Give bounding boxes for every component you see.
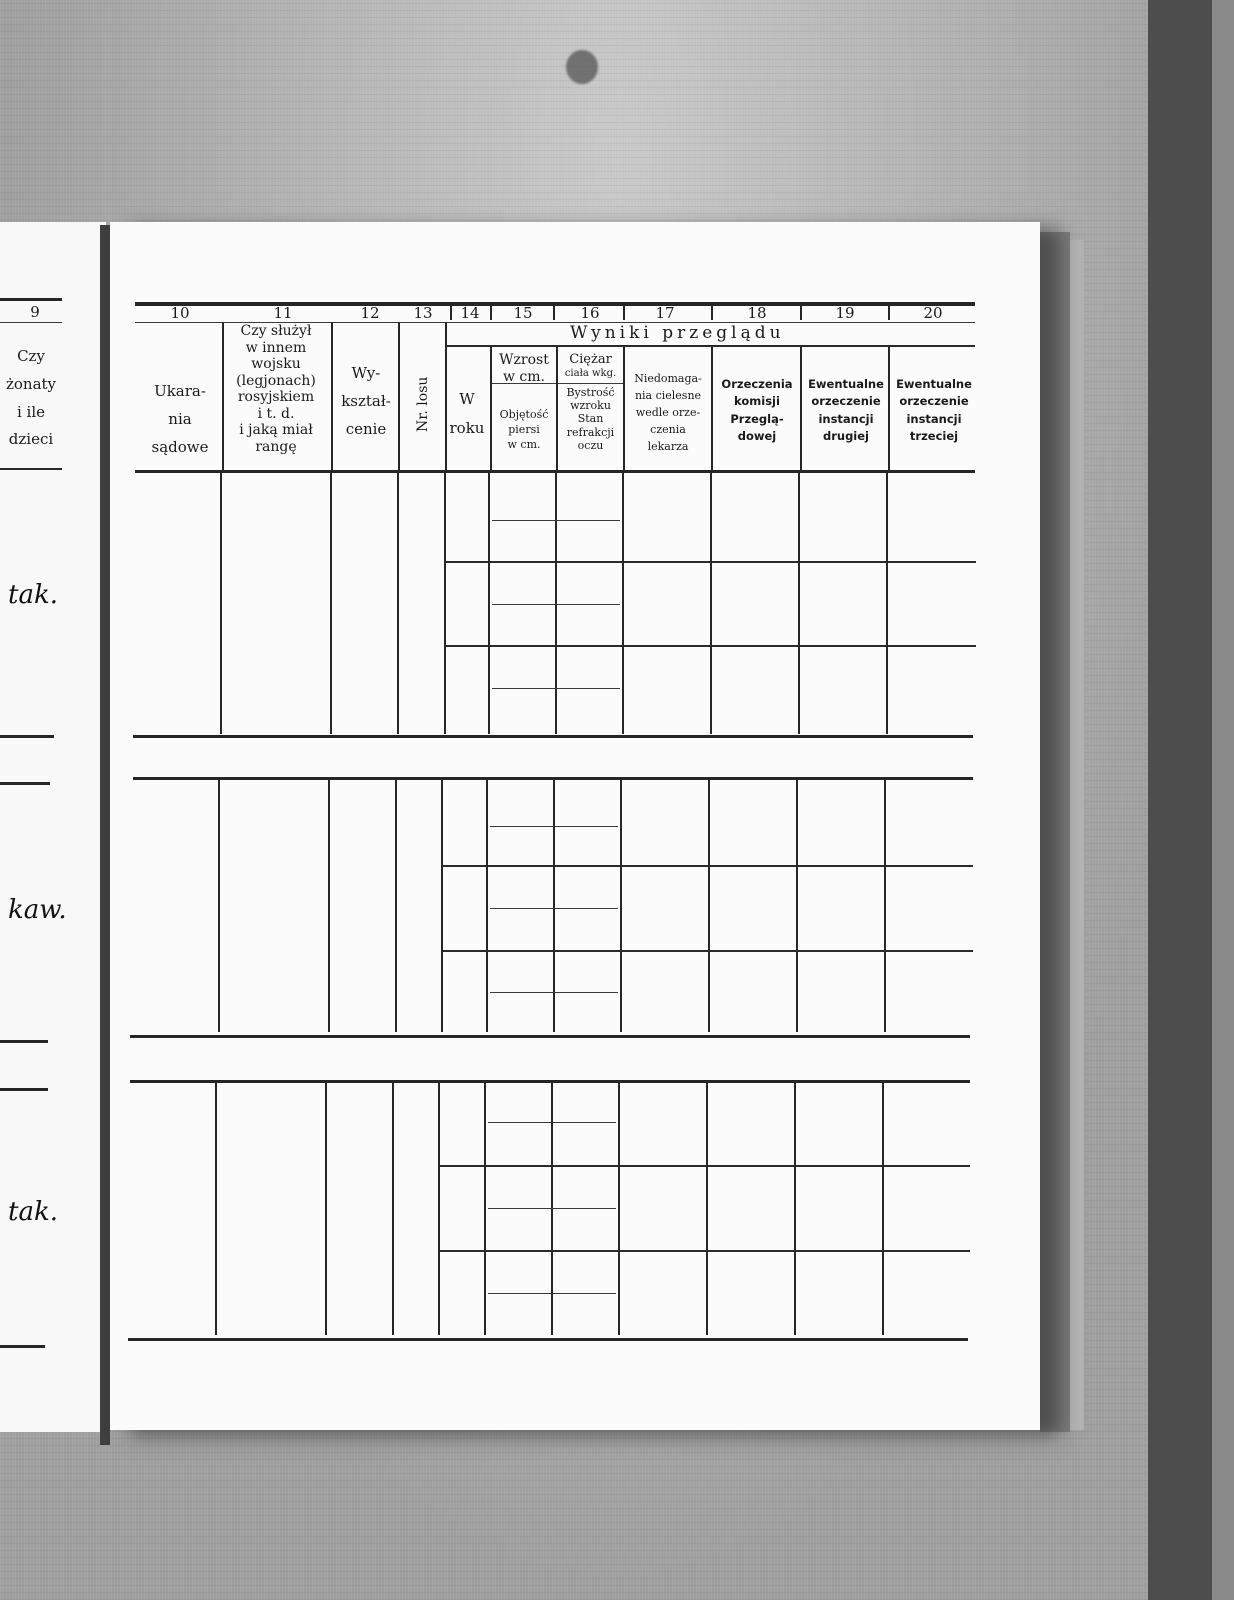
header-line: Niedomaga- bbox=[625, 370, 711, 387]
header-line: kształ- bbox=[334, 388, 398, 416]
header-line: dzieci bbox=[0, 426, 62, 454]
column-17-header: Niedomaga- nia cielesne wedle orze- czen… bbox=[625, 370, 711, 455]
column-number-9: 9 bbox=[20, 303, 50, 321]
header-line: wojsku bbox=[222, 356, 330, 373]
separator bbox=[450, 306, 452, 320]
rule bbox=[0, 468, 62, 470]
sub-row-rule bbox=[446, 561, 976, 563]
rule bbox=[0, 782, 50, 785]
column-divider bbox=[555, 472, 557, 734]
column-divider bbox=[556, 347, 558, 470]
sub-rule bbox=[488, 1208, 616, 1209]
header-line: komisji bbox=[713, 393, 801, 410]
separator bbox=[888, 306, 890, 320]
header-line: roku bbox=[447, 414, 487, 443]
sub-row-rule bbox=[440, 1250, 970, 1252]
header-line: cenie bbox=[334, 416, 398, 444]
column-number-15: 15 bbox=[508, 304, 538, 322]
sub-rule bbox=[492, 604, 620, 605]
column-number-11: 11 bbox=[268, 304, 298, 322]
scanner-shadow-strip bbox=[1148, 0, 1212, 1600]
column-divider bbox=[884, 780, 886, 1032]
header-line: piersi bbox=[490, 423, 558, 438]
column-divider bbox=[800, 347, 802, 470]
header-line: i t. d. bbox=[222, 406, 330, 423]
header-line: Ewentualne bbox=[802, 376, 890, 393]
column-divider bbox=[220, 472, 222, 734]
ink-stain bbox=[566, 50, 598, 84]
column-divider bbox=[622, 472, 624, 734]
column-divider bbox=[794, 1083, 796, 1335]
column-16-header-bottom: Bystrość wzroku Stan refrakcji oczu bbox=[558, 386, 623, 452]
column-divider bbox=[325, 1083, 327, 1335]
column-divider bbox=[882, 1083, 884, 1335]
header-line: W bbox=[447, 385, 487, 414]
column-15-header-top: Wzrost w cm. bbox=[490, 352, 558, 385]
column-divider bbox=[445, 322, 447, 470]
header-line: w innem bbox=[222, 340, 330, 357]
column-divider bbox=[330, 472, 332, 734]
header-line: nia cielesne bbox=[625, 387, 711, 404]
column-number-12: 12 bbox=[355, 304, 385, 322]
column-number-14: 14 bbox=[455, 304, 485, 322]
separator bbox=[711, 306, 713, 320]
record-separator bbox=[130, 1035, 970, 1038]
sub-rule bbox=[490, 992, 618, 993]
record-separator bbox=[130, 1080, 970, 1083]
column-20-header: Ewentualne orzeczenie instancji trzeciej bbox=[890, 376, 978, 445]
book-spine bbox=[100, 225, 110, 1445]
header-line: Orzeczenia bbox=[713, 376, 801, 393]
record-separator bbox=[128, 1338, 968, 1341]
column-divider bbox=[796, 780, 798, 1032]
header-line: lekarza bbox=[625, 438, 711, 455]
header-line: dowej bbox=[713, 428, 801, 445]
header-line: Wzrost bbox=[490, 352, 558, 369]
column-divider bbox=[486, 780, 488, 1032]
column-divider bbox=[398, 322, 400, 470]
column-divider bbox=[551, 1083, 553, 1335]
sub-row-rule bbox=[443, 865, 973, 867]
header-line: Bystrość bbox=[558, 386, 623, 399]
header-line: trzeciej bbox=[890, 428, 978, 445]
sub-rule bbox=[490, 826, 618, 827]
column-number-13: 13 bbox=[408, 304, 438, 322]
header-line: Ciężar bbox=[558, 352, 623, 368]
rule bbox=[0, 1088, 48, 1091]
section-title-wyniki-przegladu: Wyniki przeglądu bbox=[570, 323, 785, 343]
record-separator bbox=[133, 735, 973, 738]
header-line: czenia bbox=[625, 421, 711, 438]
column-16-header-top: Ciężar ciała wkg. bbox=[558, 352, 623, 381]
sub-rule bbox=[492, 688, 620, 689]
column-number-20: 20 bbox=[918, 304, 948, 322]
column-divider bbox=[397, 472, 399, 734]
column-11-header: Czy służył w innem wojsku (legjonach) ro… bbox=[222, 323, 330, 455]
header-line: i jaką miał bbox=[222, 422, 330, 439]
column-divider bbox=[620, 780, 622, 1032]
column-divider bbox=[888, 347, 890, 470]
rule bbox=[0, 322, 62, 323]
column-divider bbox=[553, 780, 555, 1032]
sub-rule bbox=[488, 1122, 616, 1123]
header-line: Czy służył bbox=[222, 323, 330, 340]
column-divider bbox=[710, 472, 712, 734]
header-line: ciała wkg. bbox=[558, 368, 623, 381]
sub-row-rule bbox=[443, 950, 973, 952]
column-number-10: 10 bbox=[165, 304, 195, 322]
rule bbox=[0, 298, 62, 301]
header-line: (legjonach) bbox=[222, 373, 330, 390]
rule bbox=[0, 1345, 45, 1348]
header-line: refrakcji bbox=[558, 426, 623, 439]
header-line: nia bbox=[138, 406, 222, 434]
header-line: Wy- bbox=[334, 360, 398, 388]
column-13-header: Nr. losu bbox=[415, 377, 431, 432]
column-10-header: Ukara- nia sądowe bbox=[138, 378, 222, 461]
column-divider bbox=[395, 780, 397, 1032]
header-line: wzroku bbox=[558, 399, 623, 412]
header-line: Stan bbox=[558, 412, 623, 425]
column-number-18: 18 bbox=[742, 304, 772, 322]
column-18-header: Orzeczenia komisji Przeglą- dowej bbox=[713, 376, 801, 445]
column-divider bbox=[618, 1083, 620, 1335]
column-divider bbox=[484, 1083, 486, 1335]
column-divider bbox=[706, 1083, 708, 1335]
header-line: w cm. bbox=[490, 369, 558, 386]
rule bbox=[0, 1040, 48, 1043]
column-19-header: Ewentualne orzeczenie instancji drugiej bbox=[802, 376, 890, 445]
sub-row-rule bbox=[440, 1165, 970, 1167]
header-line: i ile bbox=[0, 399, 62, 427]
header-line: rangę bbox=[222, 439, 330, 456]
column-divider bbox=[218, 780, 220, 1032]
column-divider bbox=[222, 322, 224, 470]
column-divider bbox=[711, 347, 713, 470]
column-14-header: W roku bbox=[447, 385, 487, 442]
column-divider bbox=[392, 1083, 394, 1335]
column-divider bbox=[444, 472, 446, 734]
header-line: Czy bbox=[0, 343, 62, 371]
sub-row-rule bbox=[446, 645, 976, 647]
column-divider bbox=[215, 1083, 217, 1335]
page-stack-edge bbox=[1070, 240, 1084, 1430]
header-line: wedle orze- bbox=[625, 404, 711, 421]
separator bbox=[490, 306, 492, 320]
column-number-19: 19 bbox=[830, 304, 860, 322]
handwritten-entry-3: tak. bbox=[8, 1197, 58, 1227]
column-divider bbox=[441, 780, 443, 1032]
column-number-17: 17 bbox=[650, 304, 680, 322]
col16-divider bbox=[558, 383, 623, 384]
header-line: Ukara- bbox=[138, 378, 222, 406]
header-line: Przeglą- bbox=[713, 411, 801, 428]
column-divider bbox=[331, 322, 333, 470]
column-divider bbox=[708, 780, 710, 1032]
column-divider bbox=[488, 472, 490, 734]
scanner-edge bbox=[1212, 0, 1234, 1600]
column-divider bbox=[328, 780, 330, 1032]
header-line: instancji bbox=[890, 411, 978, 428]
header-line: instancji bbox=[802, 411, 890, 428]
header-line: sądowe bbox=[138, 434, 222, 462]
column-12-header: Wy- kształ- cenie bbox=[334, 360, 398, 443]
column-15-header-bottom: Objętość piersi w cm. bbox=[490, 408, 558, 453]
header-line: Ewentualne bbox=[890, 376, 978, 393]
column-number-16: 16 bbox=[575, 304, 605, 322]
header-line: żonaty bbox=[0, 371, 62, 399]
header-line: rosyjskiem bbox=[222, 389, 330, 406]
handwritten-entry-2: kaw. bbox=[8, 895, 67, 925]
page-stack-edge bbox=[1040, 232, 1070, 1432]
header-line: w cm. bbox=[490, 438, 558, 453]
column-divider bbox=[798, 472, 800, 734]
header-line: Objętość bbox=[490, 408, 558, 423]
separator bbox=[623, 306, 625, 320]
header-line: orzeczenie bbox=[890, 393, 978, 410]
header-line: orzeczenie bbox=[802, 393, 890, 410]
separator bbox=[800, 306, 802, 320]
header-line: oczu bbox=[558, 439, 623, 452]
handwritten-entry-1: tak. bbox=[8, 580, 58, 610]
header-line: drugiej bbox=[802, 428, 890, 445]
column-divider bbox=[438, 1083, 440, 1335]
sub-rule bbox=[492, 520, 620, 521]
column-divider bbox=[490, 347, 492, 470]
sub-rule bbox=[490, 908, 618, 909]
column-divider bbox=[623, 347, 625, 470]
column-9-header: Czy żonaty i ile dzieci bbox=[0, 343, 62, 454]
rule bbox=[0, 735, 54, 738]
column-divider bbox=[886, 472, 888, 734]
sub-rule bbox=[488, 1293, 616, 1294]
separator bbox=[553, 306, 555, 320]
